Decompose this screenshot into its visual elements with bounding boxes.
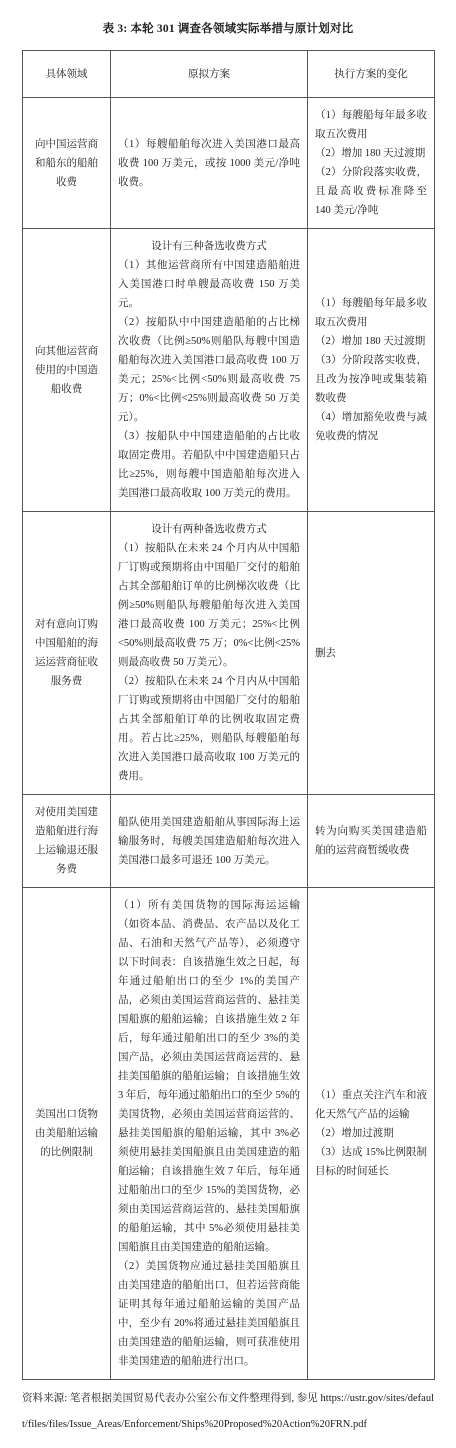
plan-cell: 设计有两种备选收费方式（1）按船队在未来 24 个月内从中国船厂订购或预期将由中…	[111, 512, 308, 795]
source-note: 资料来源: 笔者根据美国贸易代表办公室公布文件整理得到, 参见 https://…	[22, 1386, 434, 1438]
change-item: （2）增加 180 天过渡期	[315, 144, 427, 163]
table-body: 向中国运营商和船东的船舶收费（1）每艘船舶每次进入美国港口最高收费 100 万美…	[23, 98, 435, 1380]
table-row: 向中国运营商和船东的船舶收费（1）每艘船舶每次进入美国港口最高收费 100 万美…	[23, 98, 435, 229]
plan-paragraph: （2）美国货物应通过悬挂美国船旗且由美国建造的船舶出口，但若运营商能证明其每年通…	[118, 1257, 300, 1371]
table-row: 对有意向订购中国船舶的海运运营商征收服务费设计有两种备选收费方式（1）按船队在未…	[23, 512, 435, 795]
comparison-table: 具体领域 原拟方案 执行方案的变化 向中国运营商和船东的船舶收费（1）每艘船舶每…	[22, 50, 435, 1380]
area-cell: 向中国运营商和船东的船舶收费	[23, 98, 111, 229]
table-row: 对使用美国建造船舶进行海上运输退还服务费船队使用美国建造船舶从事国际海上运输服务…	[23, 795, 435, 888]
plan-paragraph: 设计有三种备选收费方式	[118, 237, 300, 256]
change-item: 删去	[315, 644, 427, 663]
table-row: 美国出口货物由美船舶运输的比例限制（1）所有美国货物的国际海运运输（如资本品、消…	[23, 888, 435, 1380]
plan-paragraph: （1）其他运营商所有中国建造船舶进入美国港口时单艘最高收费 150 万美元。	[118, 256, 300, 313]
header-area: 具体领域	[23, 51, 111, 98]
plan-cell: （1）每艘船舶每次进入美国港口最高收费 100 万美元，或按 1000 美元/净…	[111, 98, 308, 229]
area-cell: 美国出口货物由美船舶运输的比例限制	[23, 888, 111, 1380]
document-page: 表 3: 本轮 301 调查各领域实际举措与原计划对比 具体领域 原拟方案 执行…	[0, 0, 456, 1448]
change-cell: （1）重点关注汽车和液化天然气产品的运输（2）增加过渡期（3）达成 15%比例限…	[308, 888, 435, 1380]
change-item: （4）增加豁免收费与减免收费的情况	[315, 408, 427, 446]
change-item: （2）分阶段落实收费，且最高收费标准降至 140 美元/净吨	[315, 163, 427, 220]
plan-paragraph: （1）每艘船舶每次进入美国港口最高收费 100 万美元，或按 1000 美元/净…	[118, 135, 300, 192]
change-item: （1）每艘船每年最多收取五次费用	[315, 294, 427, 332]
header-change: 执行方案的变化	[308, 51, 435, 98]
plan-paragraph: （1）所有美国货物的国际海运运输（如资本品、消费品、农产品以及化工品、石油和天然…	[118, 896, 300, 1257]
change-item: （3）分阶段落实收费，且改为按净吨或集装箱数收费	[315, 351, 427, 408]
plan-cell: 设计有三种备选收费方式（1）其他运营商所有中国建造船舶进入美国港口时单艘最高收费…	[111, 229, 308, 512]
plan-paragraph: （2）按船队在未来 24 个月内从中国船厂订购或预期将由中国船厂交付的船舶占其全…	[118, 672, 300, 786]
header-plan: 原拟方案	[111, 51, 308, 98]
table-header-row: 具体领域 原拟方案 执行方案的变化	[23, 51, 435, 98]
change-item: 转为向购买美国建造船舶的运营商暂缓收费	[315, 822, 427, 860]
plan-paragraph: （2）按船队中中国建造船舶的占比梯次收费（比例≥50%则船队每艘中国造船舶每次进…	[118, 313, 300, 427]
change-item: （1）每艘船每年最多收取五次费用	[315, 106, 427, 144]
change-item: （2）增加 180 天过渡期	[315, 332, 427, 351]
change-cell: （1）每艘船每年最多收取五次费用（2）增加 180 天过渡期（3）分阶段落实收费…	[308, 229, 435, 512]
change-item: （2）增加过渡期	[315, 1124, 427, 1143]
area-cell: 对有意向订购中国船舶的海运运营商征收服务费	[23, 512, 111, 795]
table-title: 表 3: 本轮 301 调查各领域实际举措与原计划对比	[22, 20, 434, 36]
table-row: 向其他运营商使用的中国造船收费设计有三种备选收费方式（1）其他运营商所有中国建造…	[23, 229, 435, 512]
area-cell: 向其他运营商使用的中国造船收费	[23, 229, 111, 512]
area-cell: 对使用美国建造船舶进行海上运输退还服务费	[23, 795, 111, 888]
change-cell: 删去	[308, 512, 435, 795]
change-item: （3）达成 15%比例限制目标的时间延长	[315, 1143, 427, 1181]
plan-cell: （1）所有美国货物的国际海运运输（如资本品、消费品、农产品以及化工品、石油和天然…	[111, 888, 308, 1380]
plan-cell: 船队使用美国建造船舶从事国际海上运输服务时，每艘美国建造船舶每次进入美国港口最多…	[111, 795, 308, 888]
plan-paragraph: 设计有两种备选收费方式	[118, 520, 300, 539]
plan-paragraph: （3）按船队中中国建造船舶的占比收取固定费用。若船队中中国建造船只占比≥25%，…	[118, 427, 300, 503]
plan-paragraph: （1）按船队在未来 24 个月内从中国船厂订购或预期将由中国船厂交付的船舶占其全…	[118, 539, 300, 672]
change-item: （1）重点关注汽车和液化天然气产品的运输	[315, 1086, 427, 1124]
change-cell: （1）每艘船每年最多收取五次费用（2）增加 180 天过渡期（2）分阶段落实收费…	[308, 98, 435, 229]
change-cell: 转为向购买美国建造船舶的运营商暂缓收费	[308, 795, 435, 888]
plan-paragraph: 船队使用美国建造船舶从事国际海上运输服务时，每艘美国建造船舶每次进入美国港口最多…	[118, 813, 300, 870]
